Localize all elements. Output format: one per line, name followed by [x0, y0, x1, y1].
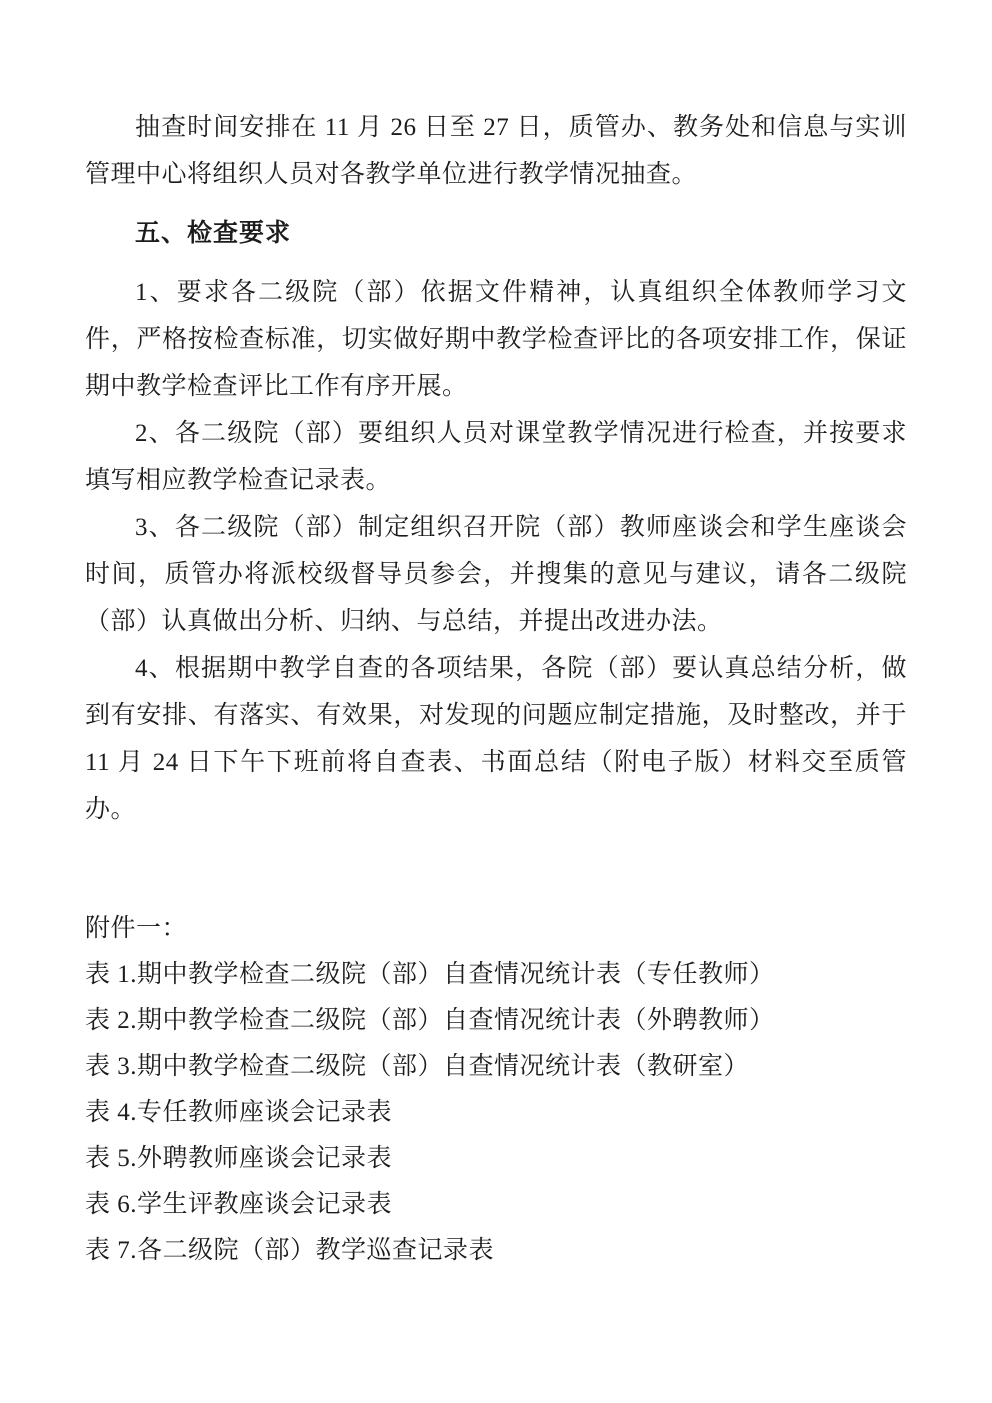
attachment-item-table7: 表 7.各二级院（部）教学巡查记录表	[85, 1228, 907, 1274]
attachment-item-table6: 表 6.学生评教座谈会记录表	[85, 1182, 907, 1228]
body-paragraph-requirement-2: 2、各二级院（部）要组织人员对课堂教学情况进行检查，并按要求填写相应教学检查记录…	[85, 410, 907, 504]
attachment-item-table2: 表 2.期中教学检查二级院（部）自查情况统计表（外聘教师）	[85, 998, 907, 1044]
body-paragraph-spotcheck-schedule: 抽查时间安排在 11 月 26 日至 27 日，质管办、教务处和信息与实训管理中…	[85, 104, 907, 198]
attachment-list: 附件一： 表 1.期中教学检查二级院（部）自查情况统计表（专任教师） 表 2.期…	[85, 906, 907, 1274]
attachment-item-table5: 表 5.外聘教师座谈会记录表	[85, 1136, 907, 1182]
attachment-item-table3: 表 3.期中教学检查二级院（部）自查情况统计表（教研室）	[85, 1044, 907, 1090]
attachment-title: 附件一：	[85, 906, 907, 952]
document-body: 抽查时间安排在 11 月 26 日至 27 日，质管办、教务处和信息与实训管理中…	[85, 104, 907, 1274]
attachment-item-table4: 表 4.专任教师座谈会记录表	[85, 1090, 907, 1136]
body-paragraph-requirement-3: 3、各二级院（部）制定组织召开院（部）教师座谈会和学生座谈会时间，质管办将派校级…	[85, 504, 907, 645]
document-page: 抽查时间安排在 11 月 26 日至 27 日，质管办、教务处和信息与实训管理中…	[0, 0, 992, 1403]
body-paragraph-requirement-4: 4、根据期中教学自查的各项结果，各院（部）要认真总结分析，做到有安排、有落实、有…	[85, 645, 907, 833]
attachment-item-table1: 表 1.期中教学检查二级院（部）自查情况统计表（专任教师）	[85, 952, 907, 998]
body-paragraph-requirement-1: 1、要求各二级院（部）依据文件精神，认真组织全体教师学习文件，严格按检查标准，切…	[85, 269, 907, 410]
section-heading-inspection-requirements: 五、检查要求	[85, 210, 907, 257]
